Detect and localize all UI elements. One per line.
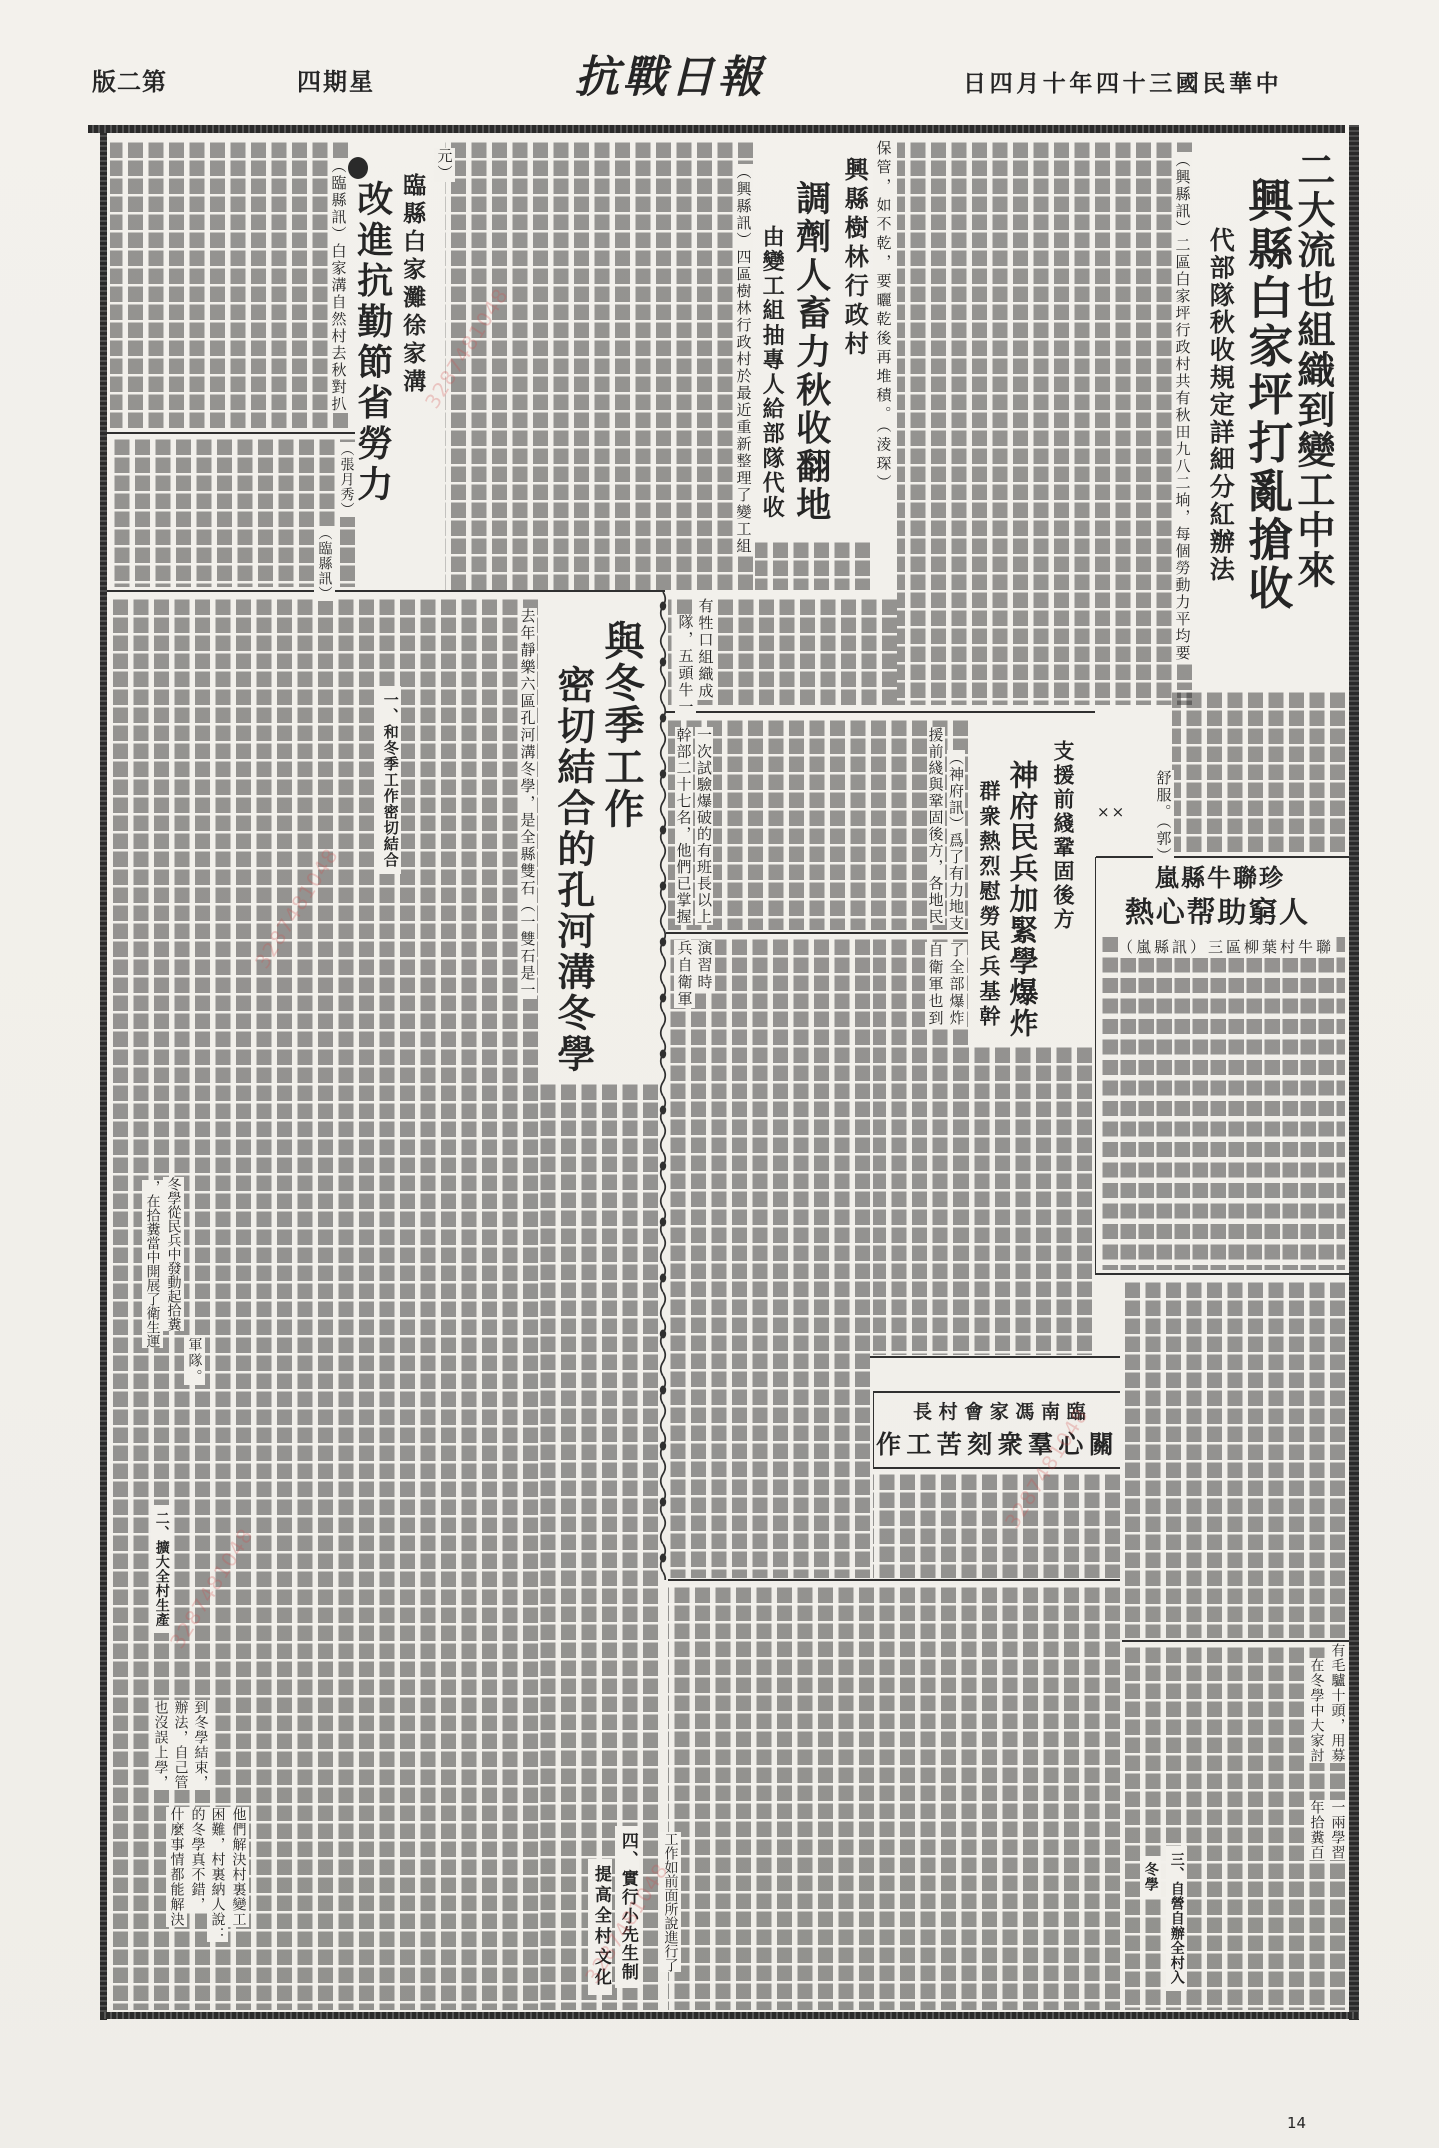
column-rule <box>870 1356 1120 1358</box>
lede-text: （興縣訊）四區樹林行政村於最近重新整理了變工組 <box>735 164 753 555</box>
article-body-linnan <box>1124 1280 1345 1638</box>
lede-text: （興縣訊）二區白家坪行政村共有秋田九八二垧，每個勞動力平均要 <box>1174 152 1192 662</box>
section-heading-2: 二、擴大全村生產 <box>151 1505 172 1633</box>
column-rule <box>1096 856 1349 858</box>
column-rule <box>666 711 1095 713</box>
article-lede: 去年靜樂六區孔河溝冬學，是全縣雙石（一雙石是一 <box>517 608 538 1008</box>
section-heading-3-continued: 冬學 <box>1140 1856 1161 1898</box>
article-lede: （嵐縣訊）三區柳葉村牛聯 <box>1118 937 1334 958</box>
subhead-baijiaping: 代部隊秋收規定詳細分紅辦法 <box>1207 227 1233 583</box>
article-fragment: 也沒誤上學， <box>150 1700 171 1790</box>
headline-baijiaping: 興縣白家坪打亂搶收 <box>1243 177 1290 613</box>
article-lede: （興縣訊）四區樹林行政村於最近重新整理了變工組 <box>733 164 754 584</box>
box-headline-lanxian-line1: 嵐縣牛聯珍 <box>1155 864 1285 893</box>
headline-baijiatan: 改進抗勤節省勞力 <box>353 180 391 506</box>
section-heading-3: 三、自營自辦全村入 <box>1166 1846 1187 1991</box>
right-frame-bar <box>1349 125 1359 2020</box>
article-byline: （張月秀） <box>336 442 357 517</box>
article-fragment: 一次試驗爆破的有班長以上幹部二十七名，他們已掌握 <box>673 727 714 927</box>
article-body-shenfu <box>668 937 870 1578</box>
article-body-lanxian <box>1100 937 1345 1270</box>
column-rule <box>107 590 665 592</box>
masthead: 抗戰日報 <box>575 52 765 105</box>
separator-marks: ×× <box>1097 803 1126 821</box>
lede-text: 去年靜樂六區孔河溝冬學，是全縣雙石（一雙石是一 <box>519 608 537 999</box>
bullet-ornament-icon <box>348 157 368 179</box>
kicker-baijiatan: 臨縣白家灘徐家溝 <box>400 173 424 397</box>
article-closing: 元） <box>434 148 455 182</box>
article-dateline: （臨縣訊） <box>314 526 335 601</box>
article-lede: （臨縣訊）白家溝自然村去秋對扒 <box>328 158 349 433</box>
column-rule <box>1122 1640 1349 1642</box>
column-rule <box>668 1579 1120 1581</box>
article-fragment: 辦法，自己管 <box>170 1700 191 1790</box>
article-fragment: 一兩學習 <box>1327 1800 1348 1860</box>
article-fragment: 困難，村裏納人說： <box>207 1807 228 1942</box>
page-number: 14 <box>1287 2114 1306 2132</box>
kicker-shulin: 興縣樹林行政村 <box>842 157 867 360</box>
lede-text: （臨縣訊）白家溝自然村去秋對扒 <box>330 158 348 413</box>
subhead-shulin: 由變工組抽專人給部隊代收 <box>760 225 783 520</box>
article-body-shenfu <box>968 1045 1092 1355</box>
article-fragment: 在冬學中大家討 <box>1306 1658 1327 1763</box>
article-closing: 舒服。（郭） <box>1153 770 1174 865</box>
weekday-label: 星期四 <box>297 68 375 97</box>
section-heading-1: 一、和冬季工作密切結合 <box>379 686 401 874</box>
article-fragment: 有牲口組織成 <box>695 598 716 700</box>
left-frame-bar <box>100 133 107 2020</box>
article-fragment: 有毛驢十頭，用募 <box>1327 1643 1348 1763</box>
kicker-shenfu: 支援前綫鞏固後方 <box>1052 740 1074 932</box>
column-rule <box>1096 1273 1349 1275</box>
fragment-text: 一次試驗爆破的有班長以上幹部二十七名，他們已掌握 <box>675 727 714 925</box>
article-fragment: 他們解決村裏變工 <box>228 1807 249 1927</box>
edition-label: 第二版 <box>92 68 167 97</box>
box-border <box>1095 857 1096 1275</box>
article-fragment: 了全部爆炸 <box>946 942 967 1027</box>
article-body-baijiatan <box>110 140 348 430</box>
headline-top-baijiaping: 二大流也組織到變工中來 <box>1293 150 1333 590</box>
article-body-konghegou-continued <box>668 1585 1120 2010</box>
article-fragment: 演習時 <box>694 940 715 991</box>
article-body-guo-brief <box>1172 690 1345 852</box>
article-body-shulin <box>755 540 870 590</box>
subhead-shenfu: 群衆熱烈慰勞民兵基幹 <box>978 780 1000 1030</box>
article-body-baijiaping <box>897 140 1192 705</box>
article-closing: 保管，如不乾，要曬乾後再堆積。（淩琛） <box>873 140 894 494</box>
article-fragment: 工作如前面所說進行了 <box>660 1832 681 1972</box>
header-rule <box>88 125 1345 133</box>
newspaper-page: 第二版 星期四 抗戰日報 中華民國三十四年十月四日 <box>0 0 1439 2148</box>
article-fragment: 什麼事情都能解決 <box>166 1807 187 1927</box>
article-lede: （神府訊）爲了有力地支援前綫與鞏固後方，各地民 <box>925 727 966 933</box>
article-fragment: 軍隊。 <box>184 1337 205 1385</box>
article-fragment: 的冬學真不錯， <box>187 1807 208 1912</box>
column-rule <box>666 932 968 934</box>
article-fragment: 到冬學結束， <box>190 1700 211 1790</box>
issue-date: 中華民國三十四年十月四日 <box>963 70 1282 98</box>
column-rule <box>107 432 355 434</box>
article-fragment: 隊，五頭牛一 <box>675 614 696 716</box>
article-body-linnan <box>873 1472 1120 1578</box>
headline-shulin: 調劑人畜力秋收翻地 <box>792 180 829 525</box>
lede-text: （神府訊）爲了有力地支援前綫與鞏固後方，各地民 <box>927 727 966 932</box>
article-fragment: 年拾糞百 <box>1306 1800 1327 1860</box>
headline-konghegou-line2: 密切結合的孔河溝冬學 <box>553 665 593 1075</box>
article-fragment: 兵自衛軍 <box>674 940 695 1008</box>
footer-rule <box>100 2012 1359 2019</box>
article-fragment: 冬學從民兵中發動起拾糞 <box>163 1177 184 1331</box>
headline-shenfu: 神府民兵加緊學爆炸 <box>1007 760 1037 1039</box>
article-lede: （興縣訊）二區白家坪行政村共有秋田九八二垧，每個勞動力平均要 <box>1172 152 1193 712</box>
article-fragment: 自衛軍也到 <box>925 942 946 1027</box>
article-fragment: ，在拾糞當中開展了衛生運 <box>142 1180 163 1348</box>
box-headline-lanxian-line2: 熱心帮助窮人 <box>1125 895 1310 930</box>
headline-konghegou-line1: 與冬季工作 <box>600 620 642 830</box>
box-headline-linnan-line2: 關心羣衆刻苦工作 <box>876 1430 1119 1460</box>
article-body-shulin <box>445 140 753 590</box>
